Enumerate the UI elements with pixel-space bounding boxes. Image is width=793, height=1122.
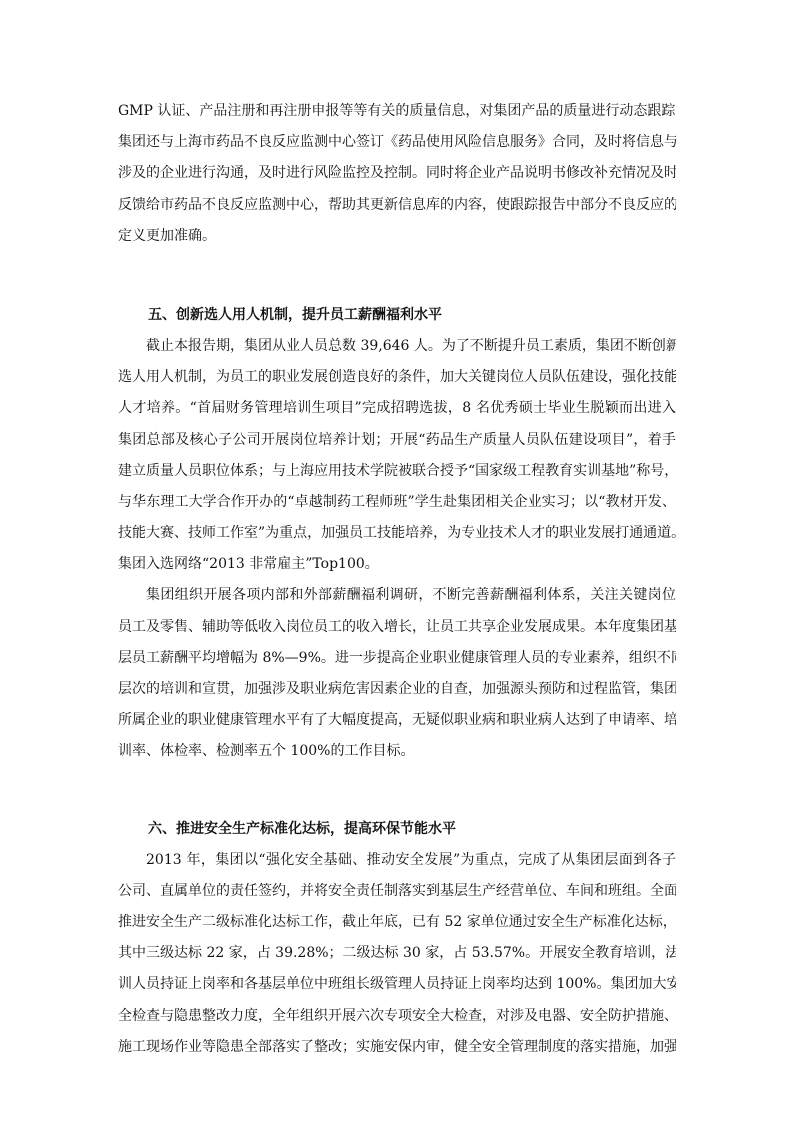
text-line: 定义更加准确。 <box>118 221 676 252</box>
text-line: 2013 年，集团以“强化安全基础、推动安全发展”为重点，完成了从集团层面到各子 <box>118 845 676 876</box>
text-line: 员工及零售、辅助等低收入岗位员工的收入增长，让员工共享企业发展成果。本年度集团基 <box>118 612 676 643</box>
text-line: 层次的培训和宣贯，加强涉及职业病危害因素企业的自查，加强源头预防和过程监管，集团 <box>118 674 676 705</box>
text-line: 截止本报告期，集团从业人员总数 39,646 人。为了不断提升员工素质，集团不断… <box>118 331 676 362</box>
text-line: 集团入选网络“2013 非常雇主”Top100。 <box>118 549 676 580</box>
text-line: 反馈给市药品不良反应监测中心，帮助其更新信息库的内容，使跟踪报告中部分不良反应的 <box>118 190 676 221</box>
text-line: 选人用人机制，为员工的职业发展创造良好的条件，加大关键岗位人员队伍建设，强化技能 <box>118 362 676 393</box>
text-line: GMP 认证、产品注册和再注册申报等等有关的质量信息，对集团产品的质量进行动态跟… <box>118 96 676 127</box>
text-line: 施工现场作业等隐患全部落实了整改；实施安保内审，健全安全管理制度的落实措施，加强 <box>118 1032 676 1063</box>
section-6: 六、推进安全生产标准化达标，提高环保节能水平 2013 年，集团以“强化安全基础… <box>118 814 676 1063</box>
text-line: 涉及的企业进行沟通，及时进行风险监控及控制。同时将企业产品说明书修改补充情况及时 <box>118 158 676 189</box>
text-line: 与华东理工大学合作开办的“卓越制药工程师班”学生赴集团相关企业实习；以“教材开发… <box>118 487 676 518</box>
section-heading: 六、推进安全生产标准化达标，提高环保节能水平 <box>118 814 676 845</box>
section-heading: 五、创新选人用人机制，提升员工薪酬福利水平 <box>118 300 676 331</box>
text-line: 其中三级达标 22 家，占 39.28%；二级达标 30 家，占 53.57%。… <box>118 938 676 969</box>
text-line: 全检查与隐患整改力度，全年组织开展六次专项安全大检查，对涉及电器、安全防护措施、 <box>118 1001 676 1032</box>
text-line: 公司、直属单位的责任签约，并将安全责任制落实到基层生产经营单位、车间和班组。全面 <box>118 876 676 907</box>
text-line: 技能大赛、技师工作室”为重点，加强员工技能培养，为专业技术人才的职业发展打通通道… <box>118 518 676 549</box>
text-line: 训率、体检率、检测率五个 100%的工作目标。 <box>118 736 676 767</box>
section-5: 五、创新选人用人机制，提升员工薪酬福利水平 截止本报告期，集团从业人员总数 39… <box>118 300 676 768</box>
text-line: 集团组织开展各项内部和外部薪酬福利调研，不断完善薪酬福利体系，关注关键岗位 <box>118 580 676 611</box>
text-line: 层员工薪酬平均增幅为 8%—9%。进一步提高企业职业健康管理人员的专业素养，组织… <box>118 643 676 674</box>
text-line: 训人员持证上岗率和各基层单位中班组长级管理人员持证上岗率均达到 100%。集团加… <box>118 969 676 1000</box>
section-5-paragraph-1: 截止本报告期，集团从业人员总数 39,646 人。为了不断提升员工素质，集团不断… <box>118 331 676 581</box>
text-line: 人才培养。“首届财务管理培训生项目”完成招聘选拔，8 名优秀硕士毕业生脱颖而出进… <box>118 393 676 424</box>
document-page: GMP 认证、产品注册和再注册申报等等有关的质量信息，对集团产品的质量进行动态跟… <box>118 96 676 1063</box>
section-6-paragraph-1: 2013 年，集团以“强化安全基础、推动安全发展”为重点，完成了从集团层面到各子… <box>118 845 676 1063</box>
text-line: 建立质量人员职位体系；与上海应用技术学院被联合授予“国家级工程教育实训基地”称号… <box>118 456 676 487</box>
text-line: 所属企业的职业健康管理水平有了大幅度提高，无疑似职业病和职业病人达到了申请率、培 <box>118 705 676 736</box>
text-line: 集团还与上海市药品不良反应监测中心签订《药品使用风险信息服务》合同，及时将信息与 <box>118 127 676 158</box>
text-line: 集团总部及核心子公司开展岗位培养计划；开展“药品生产质量人员队伍建设项目”，着手 <box>118 425 676 456</box>
text-line: 推进安全生产二级标准化达标工作，截止年底，已有 52 家单位通过安全生产标准化达… <box>118 907 676 938</box>
paragraph-intro: GMP 认证、产品注册和再注册申报等等有关的质量信息，对集团产品的质量进行动态跟… <box>118 96 676 252</box>
section-5-paragraph-2: 集团组织开展各项内部和外部薪酬福利调研，不断完善薪酬福利体系，关注关键岗位 员工… <box>118 580 676 767</box>
